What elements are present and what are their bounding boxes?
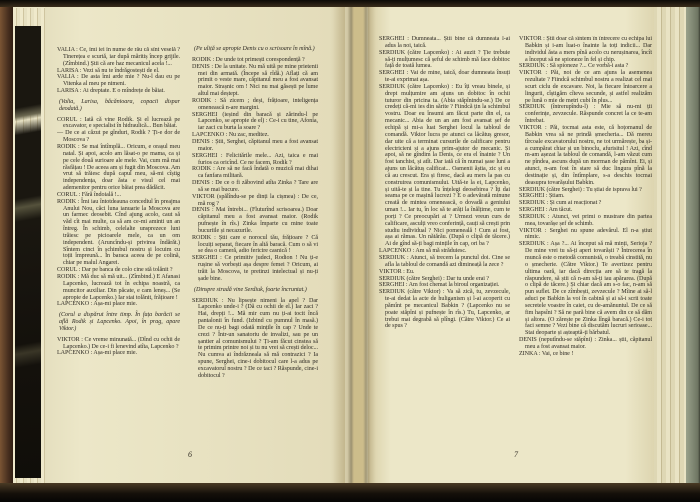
paragraph: SERGHEI (ieșind din baracă și zărindu-l …: [192, 112, 318, 133]
book-cover-left: [0, 0, 13, 502]
paragraph: LAPCENKO : Nu zac, meditez.: [192, 132, 318, 139]
right-page-column-1: SERGHEI : Dumneata... Știi bine că dumne…: [379, 36, 510, 443]
paragraph: (Corul a dispărut între timp. În fața ba…: [57, 312, 180, 333]
paragraph: LAPCENKO : Am să mă străduiesc.: [379, 248, 510, 255]
paragraph: VALIA : Ce, îmi iei în nume de rău că sî…: [57, 47, 180, 68]
photo-top-edge: [0, 0, 700, 7]
paragraph: SERGHEI : Am tăcut.: [519, 207, 652, 214]
photo-bottom-edge: [0, 483, 700, 502]
book-cover-right: [686, 0, 700, 502]
page-number-left: 6: [188, 450, 192, 459]
paragraph: LAPCENKO : Așa-mi place mie.: [57, 301, 180, 308]
paragraph: SERDIUK : Nu lipsește nimeni la apel ? D…: [192, 298, 318, 380]
paragraph: VALIA : De asta îmi arde mie ? Nu-l dau …: [57, 74, 180, 88]
paragraph: VIKTOR : Păi, noi de ce am ajuns la asem…: [519, 70, 652, 104]
paragraph: LARISA : Ai dreptate. E o mîndrețe de bă…: [57, 88, 180, 95]
paragraph: SERDIUK : Așa ?... Ai început să mă minț…: [519, 241, 652, 337]
paragraph: SERGHEI : Dumneata... Știi bine că dumne…: [379, 36, 510, 50]
paragraph: SERDIUK (întrerupîndu-l) : Mie să nu-mi …: [519, 104, 652, 125]
left-page-column-1: VALIA : Ce, îmi iei în nume de rău că sî…: [57, 47, 180, 443]
paragraph: CORUL : Dar pe banca de colo cine stă to…: [57, 267, 180, 274]
paragraph: (Dinspre stradă vine Serdiuk, foarte înc…: [192, 287, 318, 294]
paragraph: RODIK : De unde tot primești coresponden…: [192, 57, 318, 64]
paragraph: RODIK : Știi care e norocul tău, frățioa…: [192, 235, 318, 256]
paragraph: VIKTOR : Păi, tocmai asta este, că hoțom…: [519, 125, 652, 187]
left-page-column-2: (Pe uliță se apropie Denis cu o scrisoar…: [192, 42, 318, 443]
paragraph: RODIK : Să zicem ; deși, frățioare, inte…: [192, 98, 318, 112]
paragraph: RODIK : Mă duc să mă uit... (Zîmbind.) E…: [57, 274, 180, 301]
paragraph: — De ce ai căzut pe gînduri, Rodik ? Ți-…: [57, 130, 180, 144]
paragraph: ZINKA : Vai, ce bine !: [519, 351, 652, 358]
page-number-right: 7: [514, 450, 518, 459]
paragraph: CORUL : Iată că vine Rodik. Și el lucrea…: [57, 117, 180, 131]
paragraph: SERGHEI : Ce primitiv judeci, Rodion ! N…: [192, 255, 318, 282]
paragraph: RODIK : Se mai întîmplă... Oricum, e ora…: [57, 144, 180, 192]
paragraph: SERDIUK : Să spioneze ?... Ce vorbă-i as…: [519, 63, 652, 70]
paragraph: (Valia, Larisa, băcănioara, copacii disp…: [57, 99, 180, 113]
paragraph: DENIS : De la unitate. Nu mă uită pe min…: [192, 64, 318, 98]
paragraph: SERDIUK (către Lapcenko) : Ai auzit ? Ți…: [379, 50, 510, 71]
paragraph: SERGHEI : Știam.: [519, 193, 652, 200]
paragraph: LAPCENKO : Așa-mi place mie.: [57, 350, 180, 357]
paragraph: (Pe uliță se apropie Denis cu o scrisoar…: [192, 46, 318, 53]
paragraph: SERDIUK : Și cum ai reacționat ?: [519, 200, 652, 207]
paragraph: VIKTOR (spălîndu-se pe dinți la cișmea) …: [192, 194, 318, 208]
paragraph: VIKTOR : Serghei nu spune adevărul. El n…: [519, 228, 652, 242]
paragraph: VIKTOR : Ce vreme minunată... (Dînd cu o…: [57, 337, 180, 351]
paragraph: SERDIUK (către Viktor) : Va să zică, tu,…: [379, 289, 510, 330]
right-page-column-2: VIKTOR : Știi doar că sîntem în întrecer…: [519, 36, 652, 443]
paragraph: VIKTOR : Eu.: [379, 269, 510, 276]
paragraph: LARISA : Vezi să nu te îndrăgostești de …: [57, 68, 180, 75]
paragraph: SERGHEI : Felicitările mele... Azi, taic…: [192, 153, 318, 167]
paragraph: DENIS : Mai întrebi... (Fluturînd scriso…: [192, 207, 318, 234]
paragraph: VIKTOR : Știi doar că sîntem în întrecer…: [519, 36, 652, 63]
paragraph: DENIS : De ce o fi zăbovind atîta Zinka …: [192, 180, 318, 194]
paragraph: SERDIUK : Atunci, vei primi o mustrare d…: [519, 214, 652, 228]
paragraph: DENIS : Știi, Serghei, căpitanul meu a f…: [192, 139, 318, 153]
paragraph: SERDIUK (către Lapcenko) : Eu îți vreau …: [379, 84, 510, 248]
photo-plate-edge: [15, 26, 41, 478]
paragraph: RODIK : Are să ne facă îndată o muzică m…: [192, 166, 318, 180]
paragraph: SERGHEI : Vai de mine, taică, doar dumne…: [379, 70, 510, 84]
paragraph: SERDIUK : Atunci, să trecem la punctul d…: [379, 255, 510, 269]
gutter-shadow: [330, 6, 376, 484]
paragraph: RODIK : Îmi iau întotdeauna concediul în…: [57, 199, 180, 267]
paragraph: CORUL : Fără îndoială !...: [57, 192, 180, 199]
book-photo: VALIA : Ce, îmi iei în nume de rău că sî…: [0, 0, 700, 502]
paragraph: DENIS (neputîndu-se stăpîni) : Zinka... …: [519, 337, 652, 351]
paragraph: SERDIUK (către Serghei) : Tu știai de is…: [519, 187, 652, 194]
